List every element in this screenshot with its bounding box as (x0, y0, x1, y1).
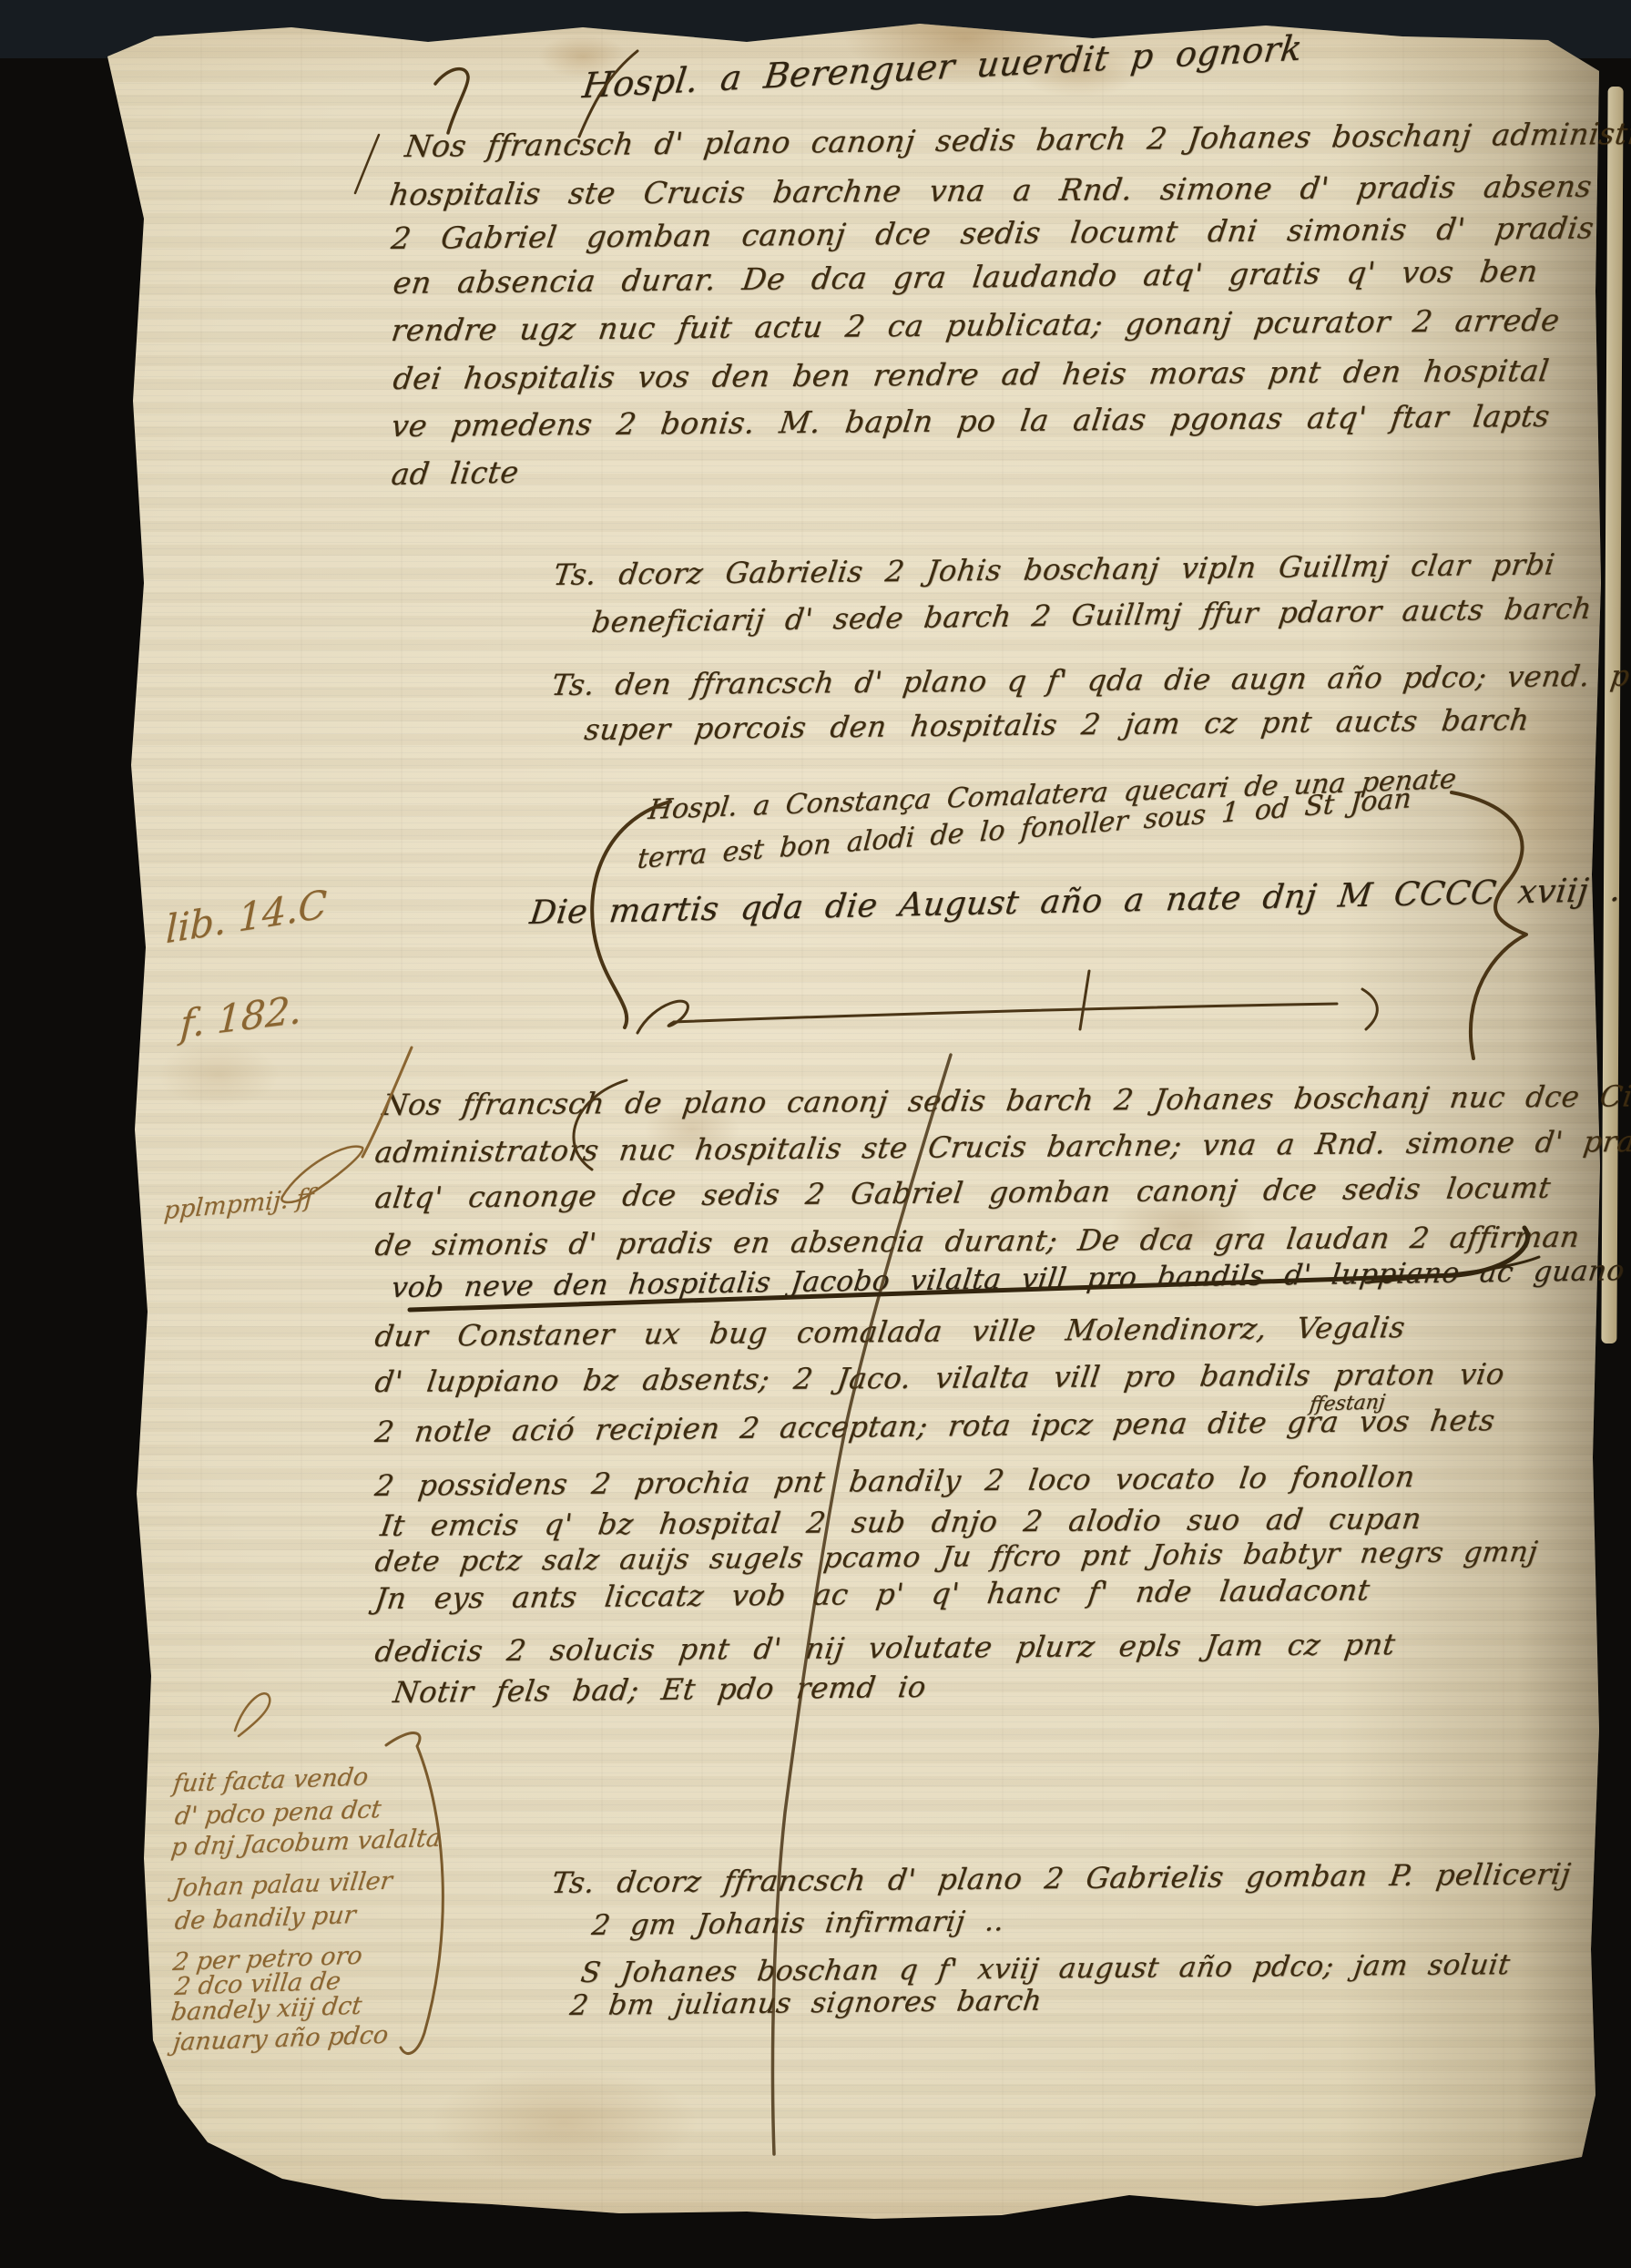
manuscript-scan: Hospl. a Berenguer uuerdit p ognork Nos … (0, 0, 1631, 2268)
manuscript-line: 2 bm julianus signores barch (568, 1985, 1045, 2022)
manuscript-line: Notir fels bad; Et pdo remd io (392, 1670, 929, 1710)
manuscript-line: It emcis q' bz hospital 2 sub dnjo 2 alo… (378, 1501, 1423, 1543)
interline-note: ffestanj (1308, 1391, 1386, 1416)
manuscript-line: dedicis 2 solucis pnt d' nij volutate pl… (372, 1627, 1397, 1669)
manuscript-line: ad licte (390, 455, 521, 493)
manuscript-line: 2 gm Johanis infirmarij .. (590, 1905, 1006, 1942)
